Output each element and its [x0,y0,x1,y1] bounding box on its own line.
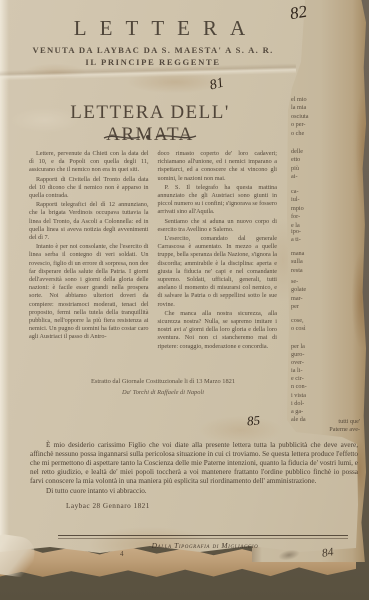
underpage-text-fragment: per la guro- over- ia li- e cir- n con- … [291,343,321,424]
paper-fold-corner [0,533,37,578]
paragraph: Sentiamo che si aduna un nuovo corpo di … [158,218,278,234]
ornament-divider [25,129,275,147]
underpage-text-fragment: delle etto più ai- [291,148,321,182]
signature-mark: 4 [120,550,124,558]
paragraph: Che manca alla nostra sicurezza, alla si… [158,310,278,351]
colophon: Dalla Tipografia di Migliaccio [80,541,330,550]
page-content: 82 81 85 84 LETTERA VENUTA DA LAYBAC DA … [0,0,369,600]
paragraph: P. S. Il telegrafo ha questa mattina ann… [158,184,278,217]
page-title: LETTERA [0,16,319,41]
paragraph: Lettere, pervenute da Chieti con la data… [29,150,149,175]
paragraph: Intanto è per noi consolante, che l'eser… [29,243,149,341]
underpage-text-fragment: cose, o così [291,317,321,334]
paragraph: Rapporti telegrafici del dì 12 annunzian… [29,201,149,242]
handwritten-number-lower: 85 [246,412,260,429]
body-columns: Lettere, pervenute da Chieti con la data… [29,150,277,352]
scanned-historical-letter: 82 81 85 84 LETTERA VENUTA DA LAYBAC DA … [0,0,369,600]
royal-letter-body: È mio desiderio carissimo Figlio che voi… [30,441,358,486]
royal-letter-farewell: Di tutto cuore intanto vi abbraccio. [30,487,358,496]
squiggle-ornament-icon [102,132,198,142]
left-column: Lettere, pervenute da Chieti con la data… [29,150,149,352]
underpage-text-fragment: el mio la mia osciuta o per- o che [291,96,321,138]
royal-letter: È mio desiderio carissimo Figlio che voi… [30,441,358,511]
underpage-text-fragment: tutti que' Paterne ave- [316,418,360,435]
header: LETTERA VENUTA DA LAYBAC DA S. MAESTA' A… [0,0,306,70]
subtitle-line-1: VENUTA DA LAYBAC DA S. MAESTA' A S. A. R… [0,45,306,55]
underpage-text-fragment: ipo- a ti- [291,228,321,245]
double-rule [58,535,348,539]
right-column: doco rimasto coperto de' loro cadaveri; … [158,150,278,352]
paragraph: Rapporti di Civitella del Tronto della d… [29,176,149,201]
handwritten-number-upper: 81 [208,76,225,95]
paragraph: L'esercito, comandato dal generale Carra… [158,235,278,309]
underpage-text-fragment: mana sulla resta [291,250,321,275]
subtitle-line-2: IL PRINCIPE REGGENTE [0,57,306,67]
underpage-text-fragment: ca- iul- mpio for- e la [291,188,321,230]
royal-letter-dateline: Laybac 28 Gennaro 1821 [66,502,358,511]
paragraph: doco rimasto coperto de' loro cadaveri; … [158,150,278,183]
printer-imprint: Da' Torchi di Raffaele di Napoli [30,389,296,396]
source-citation: Estratto dal Giornale Costituzionale li … [30,378,296,385]
underpage-text-fragment: se- golate mar- per [291,278,321,312]
